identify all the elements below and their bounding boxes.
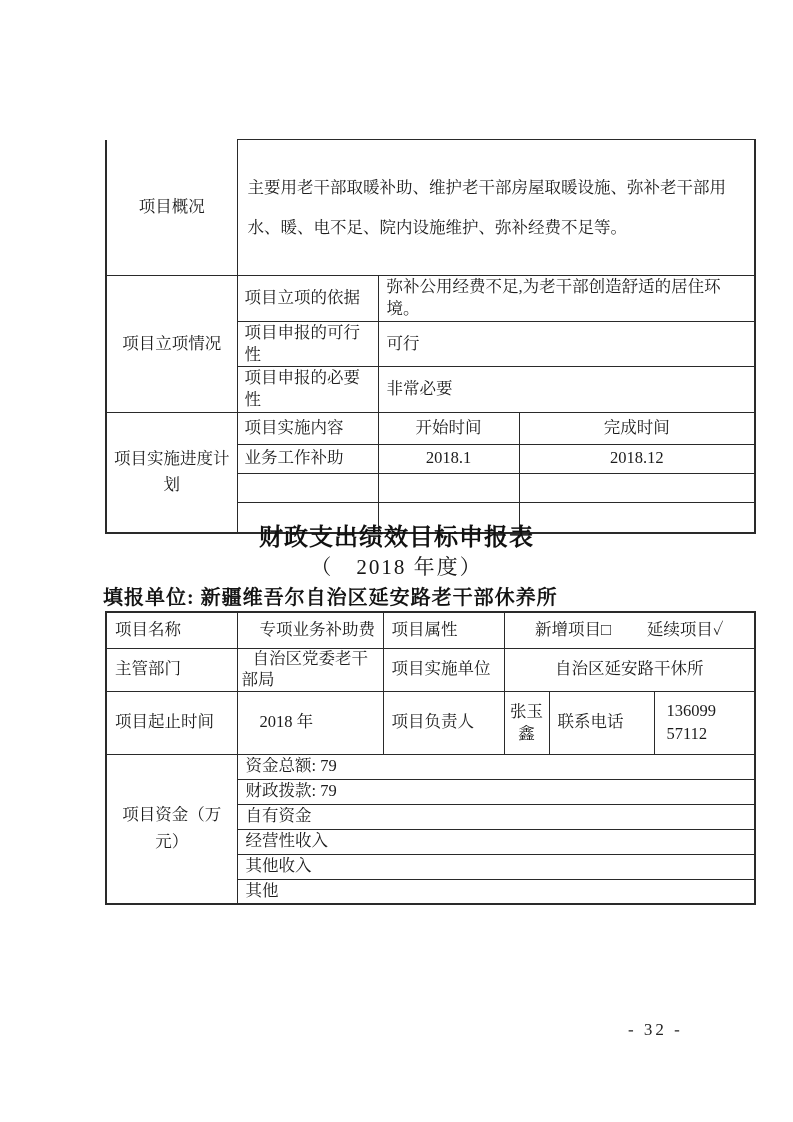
document-title: 财政支出绩效目标申报表 — [0, 517, 793, 552]
table-row: 项目资金（万元） 资金总额: 79 — [106, 754, 755, 779]
table-row: 项目名称 专项业务补助费 项目属性 新增项目□延续项目✓ — [106, 612, 755, 648]
schedule-row-start: 2018.1 — [378, 444, 519, 473]
attribute-continue-option: 延续项目✓ — [647, 620, 724, 639]
approval-basis-value: 弥补公用经费不足,为老干部创造舒适的居住环境。 — [378, 276, 755, 322]
schedule-header-finish: 完成时间 — [519, 412, 755, 444]
table-row: 项目起止时间 2018 年 项目负责人 张玉鑫 联系电话 136099 5711… — [106, 691, 755, 754]
approval-feasibility-value: 可行 — [378, 321, 755, 367]
schedule-row-finish — [519, 473, 755, 502]
competent-department-value: 自治区党委老干部局 — [237, 648, 383, 691]
implementing-unit-label: 项目实施单位 — [383, 648, 504, 691]
declaration-table: 项目名称 专项业务补助费 项目属性 新增项目□延续项目✓ 主管部门 自治区党委老… — [105, 611, 756, 905]
schedule-row-content — [237, 473, 378, 502]
approval-necessity-label: 项目申报的必要性 — [237, 367, 378, 413]
approval-feasibility-label: 项目申报的可行性 — [237, 321, 378, 367]
project-attribute-label: 项目属性 — [383, 612, 504, 648]
document-year-subtitle: （ 2018 年度） — [0, 551, 793, 581]
project-approval-label: 项目立项情况 — [106, 276, 237, 413]
table-row: 项目立项情况 项目立项的依据 弥补公用经费不足,为老干部创造舒适的居住环境。 — [106, 276, 755, 322]
project-period-label: 项目起止时间 — [106, 691, 237, 754]
table-row: 项目实施进度计划 项目实施内容 开始时间 完成时间 — [106, 412, 755, 444]
funding-own-row: 自有资金 — [237, 804, 755, 829]
contact-phone-label: 联系电话 — [549, 691, 654, 754]
contact-phone-value: 136099 57112 — [654, 691, 755, 754]
reporting-unit-line: 填报单位: 新疆维吾尔自治区延安路老干部休养所 — [103, 581, 558, 610]
document-page: 项目概况 主要用老干部取暖补助、维护老干部房屋取暖设施、弥补老干部用水、暖、电不… — [0, 0, 793, 1122]
funding-total-row: 资金总额: 79 — [237, 754, 755, 779]
schedule-row-finish: 2018.12 — [519, 444, 755, 473]
project-period-value: 2018 年 — [237, 691, 383, 754]
schedule-row-content: 业务工作补助 — [237, 444, 378, 473]
approval-necessity-value: 非常必要 — [378, 367, 755, 413]
schedule-header-start: 开始时间 — [378, 412, 519, 444]
project-continuation-table: 项目概况 主要用老干部取暖补助、维护老干部房屋取暖设施、弥补老干部用水、暖、电不… — [105, 139, 756, 534]
schedule-label: 项目实施进度计划 — [106, 412, 237, 533]
table-row: 主管部门 自治区党委老干部局 项目实施单位 自治区延安路干休所 — [106, 648, 755, 691]
funding-other-income-row: 其他收入 — [237, 854, 755, 879]
attribute-new-option: 新增项目□ — [535, 620, 611, 639]
approval-basis-label: 项目立项的依据 — [237, 276, 378, 322]
funding-operating-row: 经营性收入 — [237, 829, 755, 854]
schedule-header-content: 项目实施内容 — [237, 412, 378, 444]
project-name-label: 项目名称 — [106, 612, 237, 648]
project-attribute-value: 新增项目□延续项目✓ — [504, 612, 755, 648]
table-row: 项目概况 主要用老干部取暖补助、维护老干部房屋取暖设施、弥补老干部用水、暖、电不… — [106, 140, 755, 276]
funding-fiscal-row: 财政拨款: 79 — [237, 779, 755, 804]
page-number: - 32 - — [628, 1020, 683, 1040]
implementing-unit-value: 自治区延安路干休所 — [504, 648, 755, 691]
project-overview-label: 项目概况 — [106, 140, 237, 276]
project-leader-label: 项目负责人 — [383, 691, 504, 754]
project-overview-content: 主要用老干部取暖补助、维护老干部房屋取暖设施、弥补老干部用水、暖、电不足、院内设… — [237, 140, 755, 276]
project-leader-value: 张玉鑫 — [504, 691, 549, 754]
schedule-row-start — [378, 473, 519, 502]
project-name-value: 专项业务补助费 — [237, 612, 383, 648]
project-funding-label: 项目资金（万元） — [106, 754, 237, 904]
funding-other-row: 其他 — [237, 879, 755, 904]
competent-department-label: 主管部门 — [106, 648, 237, 691]
